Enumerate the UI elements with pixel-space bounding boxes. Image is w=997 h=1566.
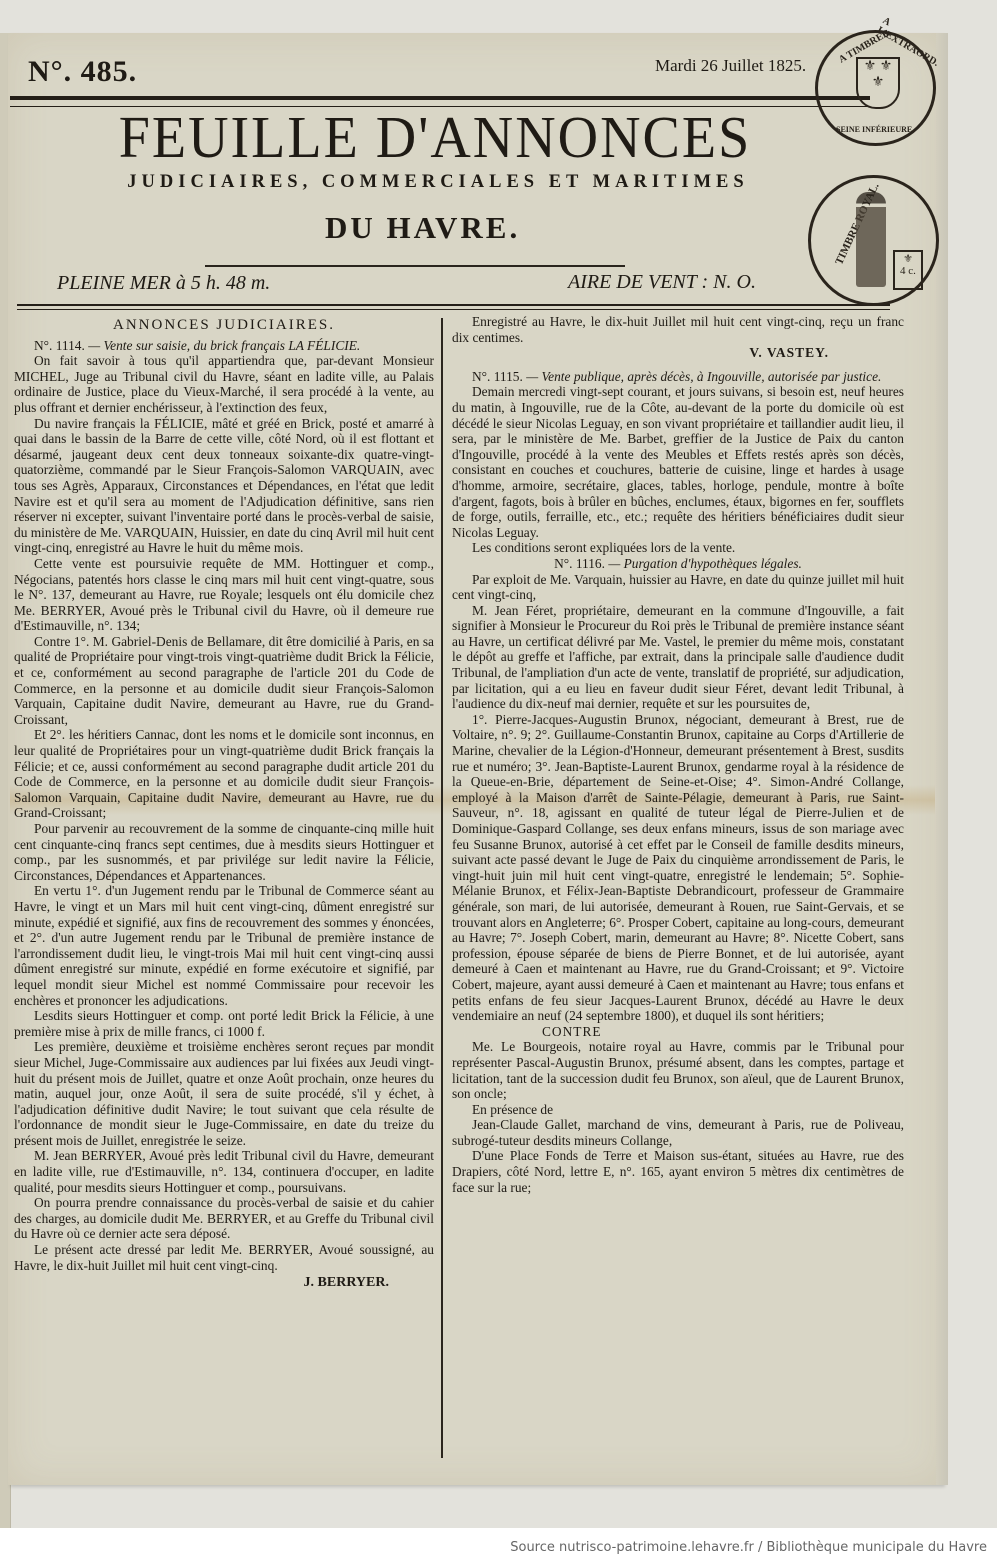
newspaper-title: FEUILLE D'ANNONCES xyxy=(85,104,785,171)
paragraph: Les première, deuxième et troisième ench… xyxy=(14,1039,434,1148)
announcement-number: N°. 1114. xyxy=(34,338,85,353)
paragraph: Le présent acte dressé par ledit Me. BER… xyxy=(14,1242,434,1273)
paragraph: Contre 1°. M. Gabriel-Denis de Bellamare… xyxy=(14,634,434,728)
paragraph: En vertu 1°. d'un Jugement rendu par le … xyxy=(14,883,434,1008)
paragraph: Demain mercredi vingt-sept courant, et j… xyxy=(452,384,904,540)
announcement-title: — Vente sur saisie, du brick français LA… xyxy=(88,338,360,353)
wind-info: AIRE DE VENT : N. O. xyxy=(568,271,756,294)
paragraph: M. Jean BERRYER, Avoué près ledit Tribun… xyxy=(14,1148,434,1195)
newspaper-city: DU HAVRE. xyxy=(325,210,520,246)
fleur-de-lis-shield-icon: ⚜ ⚜⚜ xyxy=(856,57,900,109)
paragraph: Lesdits sieurs Hottinguer et comp. ont p… xyxy=(14,1008,434,1039)
paragraph: 1°. Pierre-Jacques-Augustin Brunox, négo… xyxy=(452,712,904,1024)
paragraph: Par exploit de Me. Varquain, huissier au… xyxy=(452,572,904,603)
stamp-value: 4 c. xyxy=(900,265,916,277)
paragraph: Me. Le Bourgeois, notaire royal au Havre… xyxy=(452,1039,904,1101)
pedestal-icon: ⚜4 c. xyxy=(893,250,923,290)
paragraph: Cette vente est poursuivie requête de MM… xyxy=(14,556,434,634)
registration-signature: V. VASTEY. xyxy=(452,345,904,361)
announcement-heading-1115: N°. 1115. — Vente publique, après décès,… xyxy=(452,369,904,385)
registration-note: Enregistré au Havre, le dix-huit Juillet… xyxy=(452,314,904,345)
announcement-number: N°. 1116. xyxy=(554,556,605,571)
masthead-bottom-rule xyxy=(17,304,890,310)
right-column: Enregistré au Havre, le dix-huit Juillet… xyxy=(452,314,904,1195)
announcement-title: — Purgation d'hypothèques légales. xyxy=(608,556,802,571)
tide-info: PLEINE MER à 5 h. 48 m. xyxy=(57,272,270,295)
paragraph: Les conditions seront expliquées lors de… xyxy=(452,540,904,556)
issue-date: Mardi 26 Juillet 1825. xyxy=(655,56,806,76)
extraordinary-stamp: A TIMBRER A L'EXTRAORD. ⚜ ⚜⚜ SEINE INFÉR… xyxy=(815,30,936,146)
contre-label: CONTRE xyxy=(452,1024,904,1040)
royal-stamp: TIMBRE ROYAL. ⚜4 c. xyxy=(808,175,939,306)
source-credit: Source nutrisco-patrimoine.lehavre.fr / … xyxy=(510,1540,987,1555)
standing-figure-icon xyxy=(856,192,886,287)
announcement-title: — Vente publique, après décès, à Ingouvi… xyxy=(526,369,881,384)
column-divider xyxy=(441,318,443,1458)
paragraph: On fait savoir à tous qu'il appartiendra… xyxy=(14,353,434,415)
section-title: ANNONCES JUDICIAIRES. xyxy=(14,318,434,334)
paragraph: M. Jean Féret, propriétaire, demeurant e… xyxy=(452,603,904,712)
announcement-heading-1116: N°. 1116. — Purgation d'hypothèques léga… xyxy=(452,556,904,572)
issue-number: N°. 485. xyxy=(28,55,137,89)
paragraph: Du navire français la FÉLICIE, mâté et g… xyxy=(14,416,434,556)
presence-label: En présence de xyxy=(452,1102,904,1118)
announcement-number: N°. 1115. xyxy=(472,369,523,384)
newspaper-subtitle: JUDICIAIRES, COMMERCIALES ET MARITIMES xyxy=(48,172,828,193)
stamp-text-bottom: SEINE INFÉRIEURE xyxy=(836,125,912,134)
paragraph: D'une Place Fonds de Terre et Maison sus… xyxy=(452,1148,904,1195)
paragraph: Et 2°. les héritiers Cannac, dont les no… xyxy=(14,727,434,821)
paragraph: On pourra prendre connaissance du procès… xyxy=(14,1195,434,1242)
signature: J. BERRYER. xyxy=(14,1275,434,1291)
announcement-heading-1114: N°. 1114. — Vente sur saisie, du brick f… xyxy=(14,338,434,354)
paragraph: Jean-Claude Gallet, marchand de vins, de… xyxy=(452,1117,904,1148)
masthead-middle-rule xyxy=(205,265,625,267)
paragraph: Pour parvenir au recouvrement de la somm… xyxy=(14,821,434,883)
left-column: ANNONCES JUDICIAIRES. N°. 1114. — Vente … xyxy=(14,316,434,1295)
